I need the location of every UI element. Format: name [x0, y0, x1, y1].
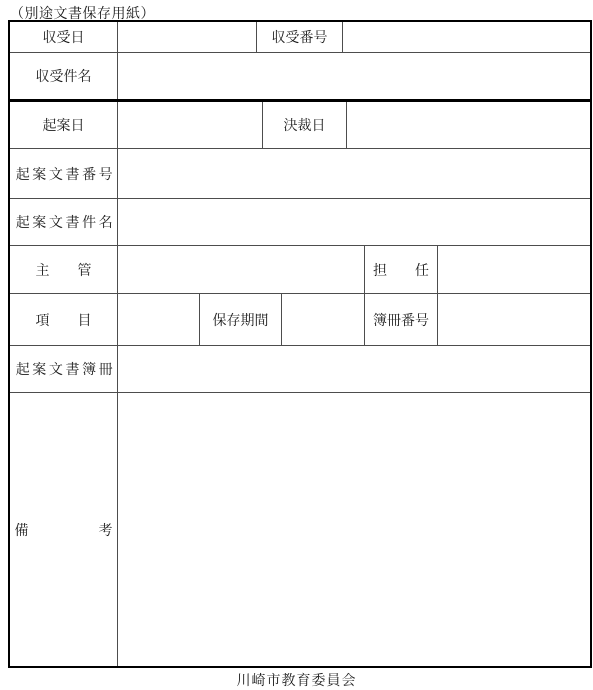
person-in-charge-field — [438, 246, 590, 293]
draft-doc-book-field — [118, 346, 590, 392]
retention-period-field — [282, 294, 365, 345]
person-in-charge-label: 担 任 — [365, 246, 438, 293]
remarks-field — [118, 393, 590, 666]
issuing-organization: 川崎市教育委員会 — [0, 670, 593, 690]
receipt-number-field — [343, 22, 590, 52]
form-row-draft-date: 起案日 決裁日 — [10, 102, 590, 149]
form-row-item: 項 目 保存期間 簿冊番号 — [10, 294, 590, 346]
form-row-draft-doc-subject: 起案文書件名 — [10, 199, 590, 246]
book-number-label: 簿冊番号 — [365, 294, 438, 345]
form-row-receipt-date: 収受日 収受番号 — [10, 22, 590, 53]
supervisor-label: 主 管 — [10, 246, 118, 293]
draft-doc-number-label: 起案文書番号 — [10, 149, 118, 198]
remarks-label: 備 考 — [10, 393, 118, 666]
document-page: （別途文書保存用紙） 収受日 収受番号 収受件名 — [0, 0, 593, 690]
item-label: 項 目 — [10, 294, 118, 345]
form-row-supervisor: 主 管 担 任 — [10, 246, 590, 294]
receipt-date-label: 収受日 — [10, 22, 118, 52]
item-field — [118, 294, 200, 345]
form-row-draft-doc-book: 起案文書簿冊 — [10, 346, 590, 393]
draft-doc-book-label: 起案文書簿冊 — [10, 346, 118, 392]
draft-doc-subject-field — [118, 199, 590, 245]
form-row-draft-doc-number: 起案文書番号 — [10, 149, 590, 199]
receipt-subject-label: 収受件名 — [10, 53, 118, 99]
form-row-remarks: 備 考 — [10, 393, 590, 666]
receipt-date-field — [118, 22, 257, 52]
retention-period-label: 保存期間 — [200, 294, 282, 345]
form-row-receipt-subject: 収受件名 — [10, 53, 590, 102]
draft-date-field — [118, 102, 263, 148]
draft-doc-number-field — [118, 149, 590, 198]
draft-date-label: 起案日 — [10, 102, 118, 148]
supervisor-field — [118, 246, 365, 293]
decision-date-label: 決裁日 — [263, 102, 347, 148]
receipt-number-label: 収受番号 — [257, 22, 343, 52]
decision-date-field — [347, 102, 590, 148]
draft-doc-subject-label: 起案文書件名 — [10, 199, 118, 245]
book-number-field — [438, 294, 590, 345]
document-preservation-form: 収受日 収受番号 収受件名 起案日 — [8, 20, 592, 668]
receipt-subject-field — [118, 53, 590, 99]
